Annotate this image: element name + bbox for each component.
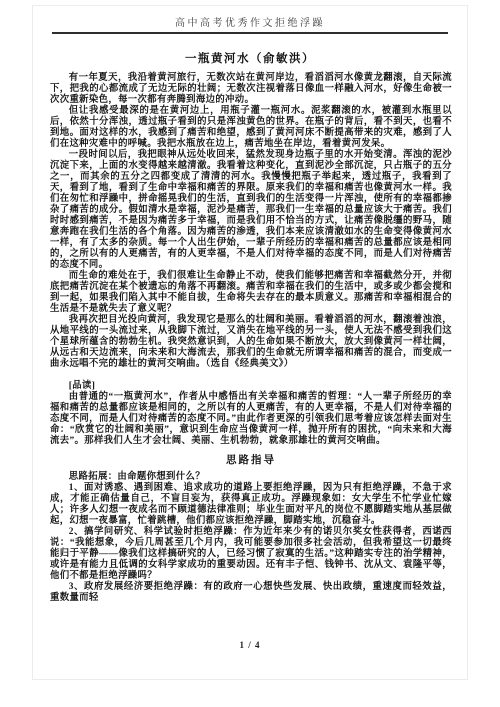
review-section-label: [品读] <box>50 381 452 392</box>
guide-item: 3、政府发展经济要拒绝浮躁：有的政府一心想快些发展、快出政绩，重速度而轻效益，重… <box>50 582 452 604</box>
guide-section-heading: 思路指导 <box>50 455 452 466</box>
guide-item: 1、面对诱惑、遇到困难、追求成功的道路上要拒绝浮躁，因为只有拒绝浮躁，不急于求成… <box>50 483 452 527</box>
review-paragraph: 由普通的“一瓶黄河水”，作者从中感悟出有关幸福和痛苦的哲理：“人一辈子所经历的幸… <box>50 392 452 447</box>
guide-intro: 思路拓展：由命题你想到什么？ <box>50 472 452 483</box>
guide-item: 2、搞学问研究、科学试验时拒绝浮躁：作为近年来少有的诺贝尔奖女性获得者，西诺西说… <box>50 527 452 582</box>
article-paragraph: 一段时间以后，我把眼神从远处收回来，猛然发现身边瓶子里的水开始变清。浑浊的泥沙沉… <box>50 150 452 271</box>
document-body: 有一年夏天，我沿着黄河旅行，无数次站在黄河岸边，看滔滔河水像黄龙翻滚，自天际流下… <box>50 73 452 604</box>
page-number: 1 / 4 <box>0 640 500 650</box>
header-rule <box>52 32 448 34</box>
article-paragraph: 有一年夏天，我沿着黄河旅行，无数次站在黄河岸边，看滔滔河水像黄龙翻滚，自天际流下… <box>50 73 452 106</box>
article-paragraph: 但让我感受最深的是在黄河边上，用瓶子灌一瓶河水。泥浆翻滚的水，被灌到水瓶里以后，… <box>50 106 452 150</box>
article-title: 一瓶黄河水（俞敏洪） <box>0 50 500 66</box>
article-paragraph: 我再次把目光投向黄河，我发现它是那么的壮阔和美丽。看着滔滔的河水，翻滚着浊浪，从… <box>50 315 452 370</box>
document-page: 高中高考优秀作文拒绝浮躁 一瓶黄河水（俞敏洪） 有一年夏天，我沿着黄河旅行，无数… <box>0 0 500 604</box>
article-paragraph: 而生命的难处在于，我们很难让生命静止不动，使我们能够把痛苦和幸福截然分开，并彻底… <box>50 271 452 315</box>
document-header-title: 高中高考优秀作文拒绝浮躁 <box>0 0 500 29</box>
